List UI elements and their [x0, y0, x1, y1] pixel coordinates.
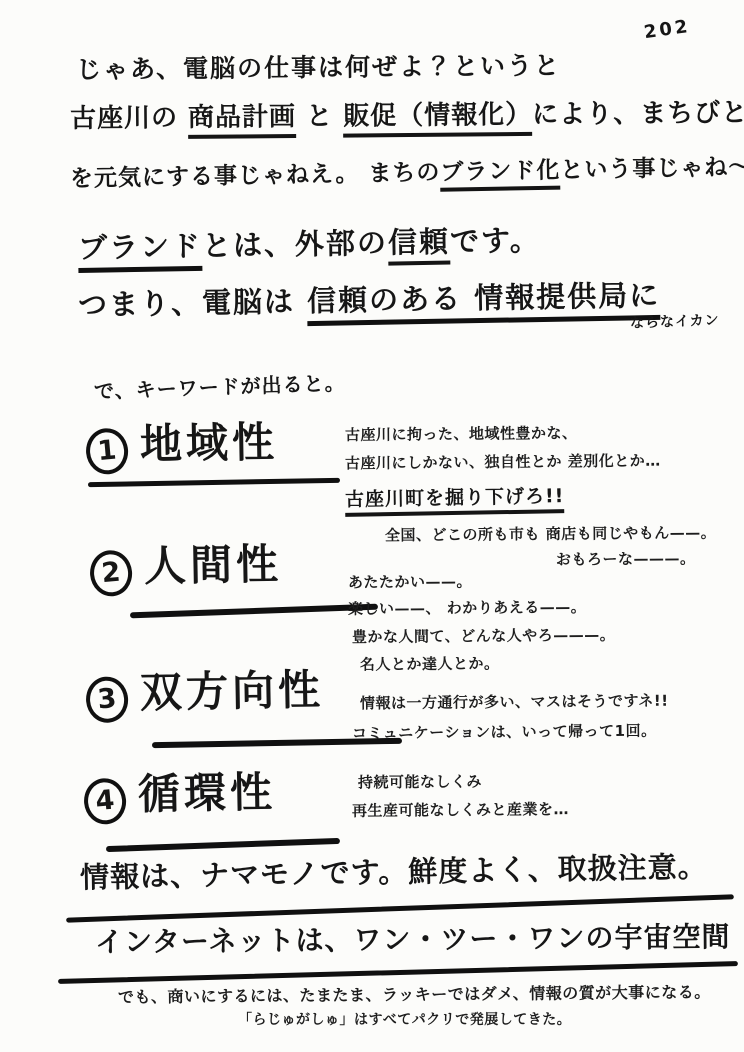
section-3-title: 双方向性 [140, 665, 325, 717]
circled-number-4-icon: 4 [82, 776, 128, 825]
footer-line-3: でも、商いにするには、たまたま、ラッキーではダメ、情報の質が大事になる。 [118, 983, 711, 1007]
section-1-highlight: 古座川町を掘り下げろ!! [345, 486, 565, 512]
brand-annotation: ならなイカン [630, 312, 720, 331]
footer-line-4: 「らじゅがしゅ」はすべてパクリで発展してきた。 [238, 1012, 571, 1028]
section-2-note-4: 名人とか達人とか。 [360, 655, 500, 673]
section-1-underline [88, 478, 340, 487]
circled-number-1-icon: 1 [84, 426, 130, 475]
brand-line-1-post: です。 [450, 223, 541, 259]
section-2-title: 人間性 [144, 539, 283, 590]
section-2-heading: 2人間性 [90, 540, 283, 596]
section-1-note-2: 古座川にしかない、独自性とか 差別化とか… [345, 453, 661, 473]
section-3-heading: 3双方向性 [86, 666, 325, 723]
section-2-note-2: 楽しい——、 わかりあえる——。 [348, 599, 586, 618]
underline-sales-promotion: 販促（情報化） [343, 100, 532, 138]
section-4-title: 循環性 [138, 767, 277, 818]
section-4-heading: 4循環性 [84, 768, 277, 824]
intro-line-2-mid: と [296, 102, 343, 132]
brand-line-1: ブランドとは、外部の信頼です。 [78, 224, 541, 265]
section-3-note-2: コミュニケーションは、いって帰って1回。 [352, 723, 657, 743]
intro-line-1-text: じゃあ、電脳の仕事は何ぜよ？というと [76, 51, 561, 84]
footer-line-2: インターネットは、ワン・ツー・ワンの宇宙空間 [95, 921, 731, 959]
section-3-note-1: 情報は一方通行が多い、マスはそうですネ!! [360, 693, 669, 713]
intro-line-2-post: により、まちびと [532, 98, 744, 130]
footer-line-1: 情報は、ナマモノです。鮮度よく、取扱注意。 [80, 851, 708, 895]
section-1-sub-note-2: おもろーな———。 [556, 550, 696, 568]
page-number: 202 [643, 17, 692, 44]
footer-underline-2 [58, 961, 738, 984]
underline-brand-word: ブランド [78, 229, 203, 273]
intro-line-1: じゃあ、電脳の仕事は何ぜよ？というと [76, 52, 561, 85]
intro-line-2-pre: 古座川の [70, 103, 188, 134]
section-2-underline [130, 604, 378, 619]
scanned-handwritten-note: { "page_number": "202", "intro": { "line… [0, 0, 744, 1052]
footer-underline-1 [66, 894, 734, 922]
section-4-note-1: 持続可能なしくみ [358, 773, 482, 791]
section-1-title: 地域性 [140, 417, 279, 468]
underline-product-plan: 商品計画 [188, 102, 296, 139]
intro-line-2: 古座川の 商品計画 と 販促（情報化）により、まちびと [70, 99, 744, 135]
section-2-note-3: 豊かな人間て、どんな人やろ———。 [352, 627, 615, 647]
underline-trusted-info-bureau: 信頼のある 情報提供局に [307, 278, 661, 326]
circled-number-2-icon: 2 [88, 548, 134, 597]
section-1-note-1: 古座川に拘った、地域性豊かな、 [345, 425, 578, 444]
section-1-heading: 1地域性 [86, 418, 279, 474]
underline-town-branding: ブランド化 [440, 158, 561, 192]
circled-number-3-icon: 3 [84, 674, 130, 723]
brand-line-2: つまり、電脳は 信頼のある 情報提供局に [78, 279, 661, 322]
intro-line-3-pre: を元気にする事じゃねえ。 まちの [70, 160, 441, 192]
section-1-sub-note-1: 全国、どこの所も市も 商店も同じやもん——。 [385, 525, 716, 545]
underline-trust-word: 信頼 [388, 225, 451, 266]
intro-line-3-post: という事じゃね〜。 [560, 154, 744, 184]
section-4-underline [106, 838, 340, 852]
section-2-note-1: あたたかい——。 [348, 573, 472, 591]
section-4-note-2: 再生産可能なしくみと産業を… [352, 801, 569, 820]
brand-line-1-mid: とは、外部の [202, 226, 389, 263]
keyword-intro: で、キーワードが出ると。 [94, 372, 346, 404]
brand-line-2-pre: つまり、電脳は [78, 284, 308, 322]
intro-line-3: を元気にする事じゃねえ。 まちのブランド化という事じゃね〜。 [70, 154, 744, 193]
underline-dig-into-kozagawa: 古座川町を掘り下げろ!! [345, 485, 565, 517]
